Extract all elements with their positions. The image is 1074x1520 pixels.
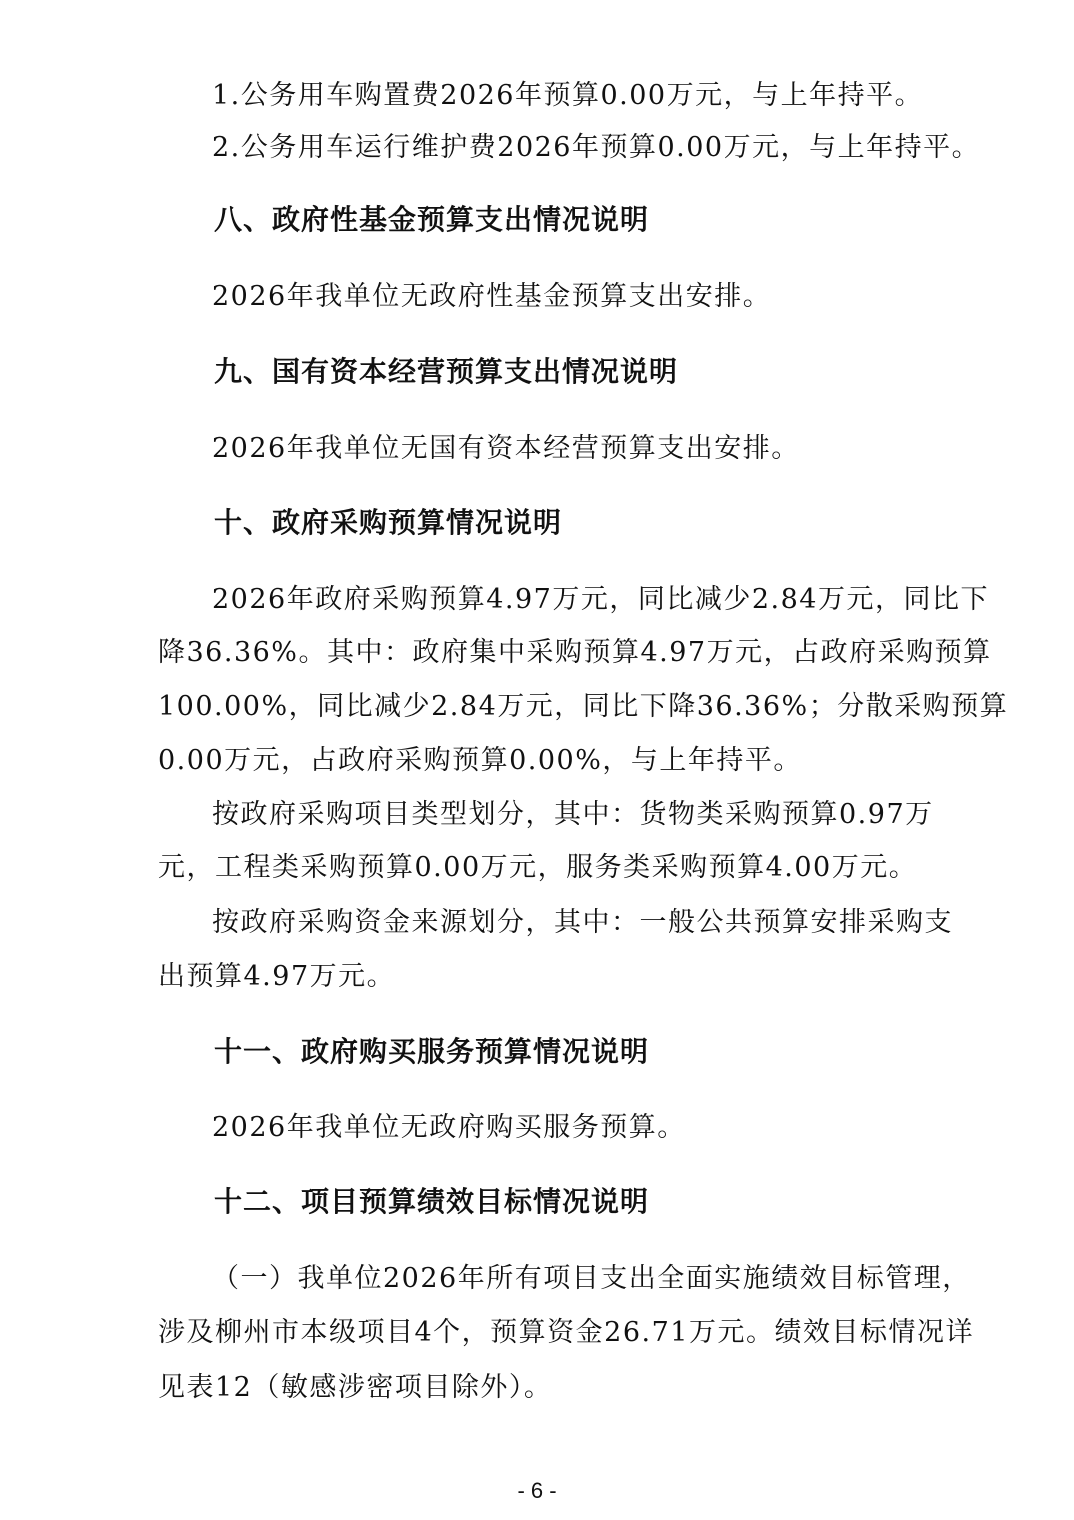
page-number: - 6 - [0,1478,1074,1504]
section-10-para3-line2: 出预算4.97万元。 [158,960,395,994]
section-10-para2-line1: 按政府采购项目类型划分，其中：货物类采购预算0.97万 [212,798,934,832]
section-12-para1-line1: （一）我单位2026年所有项目支出全面实施绩效目标管理， [212,1262,971,1296]
section-10-para1-line2: 降36.36%。其中：政府集中采购预算4.97万元，占政府采购预算 [158,636,992,670]
section-9-body: 2026年我单位无国有资本经营预算支出安排。 [212,432,800,466]
section-8-body: 2026年我单位无政府性基金预算支出安排。 [212,280,771,314]
section-12-para1-line3: 见表12（敏感涉密项目除外）。 [158,1371,552,1405]
vehicle-maintenance-line: 2.公务用车运行维护费2026年预算0.00万元，与上年持平。 [212,131,980,165]
vehicle-purchase-line: 1.公务用车购置费2026年预算0.00万元，与上年持平。 [212,79,923,113]
section-8-heading: 八、政府性基金预算支出情况说明 [214,203,649,237]
section-12-heading: 十二、项目预算绩效目标情况说明 [214,1185,649,1219]
section-10-para1-line3: 100.00%，同比减少2.84万元，同比下降36.36%；分散采购预算 [158,690,1008,724]
section-11-body: 2026年我单位无政府购买服务预算。 [212,1111,686,1145]
section-10-para3-line1: 按政府采购资金来源划分，其中：一般公共预算安排采购支 [212,906,953,940]
section-9-heading: 九、国有资本经营预算支出情况说明 [214,355,678,389]
section-10-para1-line4: 0.00万元，占政府采购预算0.00%，与上年持平。 [158,744,802,778]
section-12-para1-line2: 涉及柳州市本级项目4个，预算资金26.71万元。绩效目标情况详 [158,1316,974,1350]
section-11-heading: 十一、政府购买服务预算情况说明 [214,1035,649,1069]
section-10-para2-line2: 元，工程类采购预算0.00万元，服务类采购预算4.00万元。 [158,851,917,885]
section-10-para1-line1: 2026年政府采购预算4.97万元，同比减少2.84万元，同比下 [212,583,989,617]
section-10-heading: 十、政府采购预算情况说明 [214,506,562,540]
